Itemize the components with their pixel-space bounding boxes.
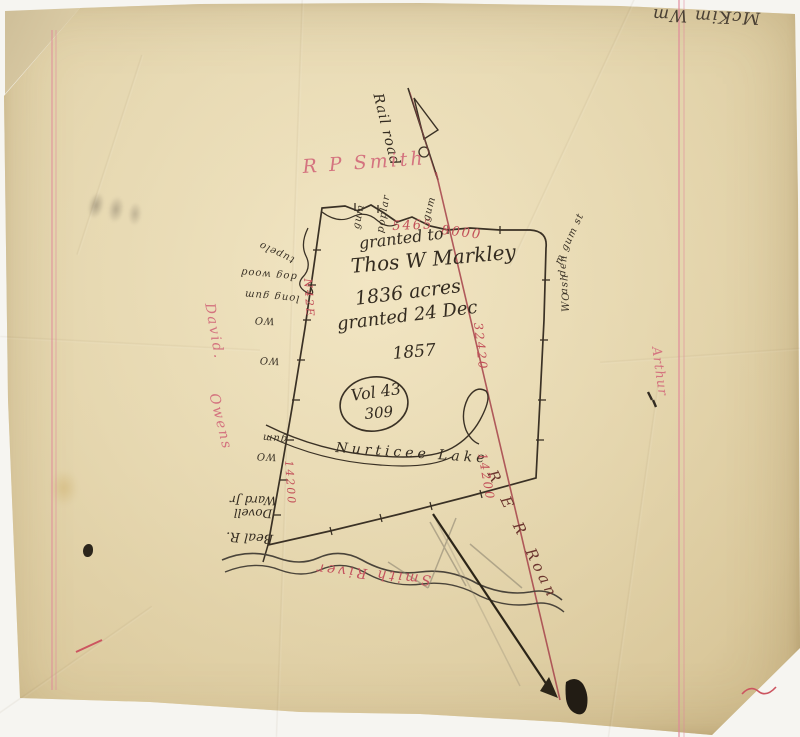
pointer-arrow-line xyxy=(433,514,549,688)
railroad-line-red xyxy=(436,172,560,700)
river-outline xyxy=(222,553,562,600)
pencil-scribbles xyxy=(388,518,522,686)
boundary-stub xyxy=(263,545,268,562)
scanned-survey-map: McKim Wm Rail road R P Smith 5465 8000 g… xyxy=(0,0,800,737)
red-squiggle-mark xyxy=(742,687,776,694)
survey-drawing xyxy=(0,0,800,737)
lake-outline xyxy=(268,436,452,466)
tract-boundary xyxy=(268,205,546,545)
red-check-mark xyxy=(76,640,102,652)
ink-blot xyxy=(566,679,588,714)
volume-oval xyxy=(337,373,412,436)
ink-marks xyxy=(648,392,656,407)
lake-outline xyxy=(266,389,488,457)
